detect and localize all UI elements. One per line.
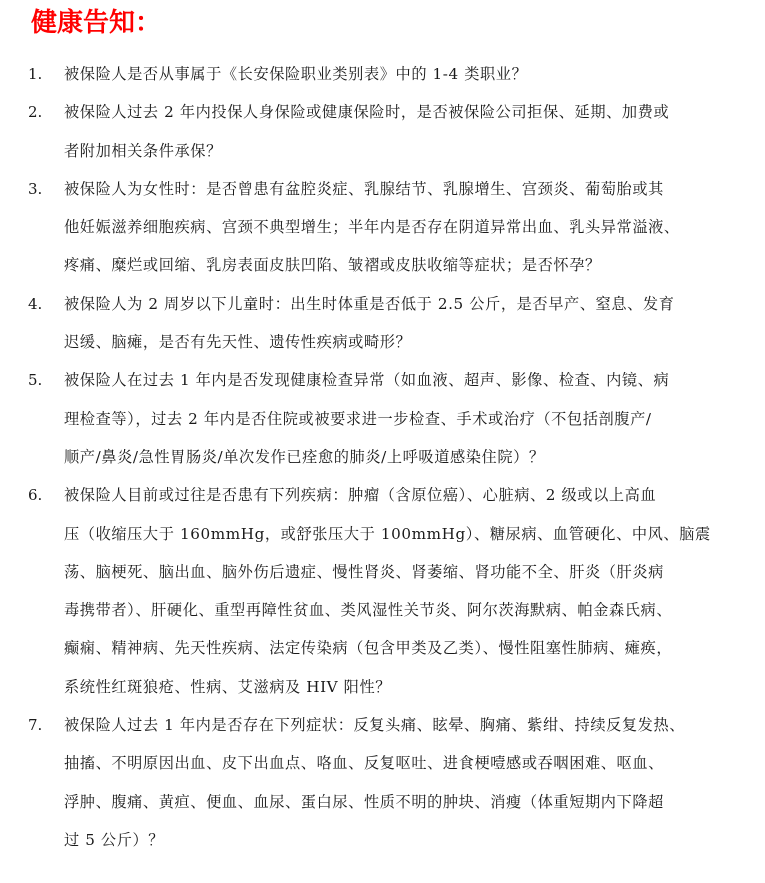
health-questions-list: 1. 被保险人是否从事属于《长安保险职业类别表》中的 1-4 类职业？ 2. 被… xyxy=(0,55,765,859)
list-item: 6. 被保险人目前或过往是否患有下列疾病：肿瘤（含原位癌）、心脏病、2 级或以上… xyxy=(0,476,765,706)
item-text: 被保险人过去 2 年内投保人身保险或健康保险时，是否被保险公司拒保、延期、加费或… xyxy=(64,93,725,170)
item-text: 被保险人为 2 周岁以下儿童时：出生时体重是否低于 2.5 公斤，是否早产、窒息… xyxy=(64,285,725,362)
list-item: 7. 被保险人过去 1 年内是否存在下列症状：反复头痛、眩晕、胸痛、紫绀、持续反… xyxy=(0,706,765,859)
text-line: 毒携带者）、肝硬化、重型再障性贫血、类风湿性关节炎、阿尔茨海默病、帕金森氏病、 xyxy=(64,591,725,629)
text-line: 疼痛、糜烂或回缩、乳房表面皮肤凹陷、皱褶或皮肤收缩等症状；是否怀孕？ xyxy=(64,246,725,284)
text-line: 被保险人过去 1 年内是否存在下列症状：反复头痛、眩晕、胸痛、紫绀、持续反复发热… xyxy=(64,706,725,744)
item-number: 7. xyxy=(28,706,42,744)
text-line: 被保险人在过去 1 年内是否发现健康检查异常（如血液、超声、影像、检查、内镜、病 xyxy=(64,361,725,399)
text-line: 被保险人为女性时：是否曾患有盆腔炎症、乳腺结节、乳腺增生、宫颈炎、葡萄胎或其 xyxy=(64,170,725,208)
list-item: 4. 被保险人为 2 周岁以下儿童时：出生时体重是否低于 2.5 公斤，是否早产… xyxy=(0,285,765,362)
item-text: 被保险人在过去 1 年内是否发现健康检查异常（如血液、超声、影像、检查、内镜、病… xyxy=(64,361,725,476)
item-text: 被保险人过去 1 年内是否存在下列症状：反复头痛、眩晕、胸痛、紫绀、持续反复发热… xyxy=(64,706,725,859)
item-text: 被保险人目前或过往是否患有下列疾病：肿瘤（含原位癌）、心脏病、2 级或以上高血 … xyxy=(64,476,725,706)
item-number: 5. xyxy=(28,361,42,399)
list-item: 1. 被保险人是否从事属于《长安保险职业类别表》中的 1-4 类职业？ xyxy=(0,55,765,93)
list-item: 2. 被保险人过去 2 年内投保人身保险或健康保险时，是否被保险公司拒保、延期、… xyxy=(0,93,765,170)
text-line: 过 5 公斤）？ xyxy=(64,821,725,859)
item-number: 3. xyxy=(28,170,42,208)
text-line: 被保险人为 2 周岁以下儿童时：出生时体重是否低于 2.5 公斤，是否早产、窒息… xyxy=(64,285,725,323)
list-item: 5. 被保险人在过去 1 年内是否发现健康检查异常（如血液、超声、影像、检查、内… xyxy=(0,361,765,476)
list-item: 3. 被保险人为女性时：是否曾患有盆腔炎症、乳腺结节、乳腺增生、宫颈炎、葡萄胎或… xyxy=(0,170,765,285)
text-line: 压（收缩压大于 160mmHg，或舒张压大于 100mmHg）、糖尿病、血管硬化… xyxy=(64,515,725,553)
text-line: 被保险人目前或过往是否患有下列疾病：肿瘤（含原位癌）、心脏病、2 级或以上高血 xyxy=(64,476,725,514)
text-line: 迟缓、脑瘫，是否有先天性、遗传性疾病或畸形？ xyxy=(64,323,725,361)
text-line: 者附加相关条件承保？ xyxy=(64,132,725,170)
text-line: 荡、脑梗死、脑出血、脑外伤后遗症、慢性肾炎、肾萎缩、肾功能不全、肝炎（肝炎病 xyxy=(64,553,725,591)
item-number: 6. xyxy=(28,476,42,514)
text-line: 被保险人过去 2 年内投保人身保险或健康保险时，是否被保险公司拒保、延期、加费或 xyxy=(64,93,725,131)
item-text: 被保险人为女性时：是否曾患有盆腔炎症、乳腺结节、乳腺增生、宫颈炎、葡萄胎或其 他… xyxy=(64,170,725,285)
item-text: 被保险人是否从事属于《长安保险职业类别表》中的 1-4 类职业？ xyxy=(64,55,725,93)
text-line: 浮肿、腹痛、黄疸、便血、血尿、蛋白尿、性质不明的肿块、消瘦（体重短期内下降超 xyxy=(64,783,725,821)
text-line: 他妊娠滋养细胞疾病、宫颈不典型增生；半年内是否存在阴道异常出血、乳头异常溢液、 xyxy=(64,208,725,246)
text-line: 癫痫、精神病、先天性疾病、法定传染病（包含甲类及乙类）、慢性阻塞性肺病、瘫痪， xyxy=(64,629,725,667)
item-number: 4. xyxy=(28,285,42,323)
text-line: 理检查等），过去 2 年内是否住院或被要求进一步检查、手术或治疗（不包括剖腹产/ xyxy=(64,400,725,438)
item-number: 1. xyxy=(28,55,42,93)
text-line: 抽搐、不明原因出血、皮下出血点、咯血、反复呕吐、进食梗噎感或吞咽困难、呕血、 xyxy=(64,744,725,782)
page-title: 健康告知： xyxy=(31,6,161,40)
text-line: 顺产/鼻炎/急性胃肠炎/单次发作已痊愈的肺炎/上呼吸道感染住院）？ xyxy=(64,438,725,476)
item-number: 2. xyxy=(28,93,42,131)
text-line: 被保险人是否从事属于《长安保险职业类别表》中的 1-4 类职业？ xyxy=(64,55,725,93)
text-line: 系统性红斑狼疮、性病、艾滋病及 HIV 阳性？ xyxy=(64,668,725,706)
